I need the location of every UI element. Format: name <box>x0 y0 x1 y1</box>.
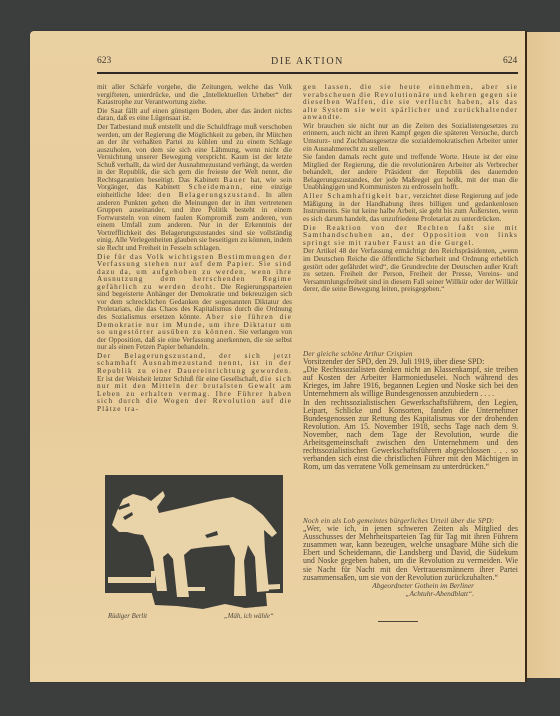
spaced-text-run: gen lassen, die sie heute einnehmen, abe… <box>303 83 518 121</box>
paragraph: Die für das Volk wichtigsten Bestimmunge… <box>97 254 292 352</box>
quote-paragraph: In den rechtssozialistischen Gewerkschaf… <box>303 399 518 472</box>
paragraph: mit aller Schärfe vorgehe, die Zeitungen… <box>97 84 292 107</box>
quote-paragraph: „Wer, wie ich, in jenen schweren Zeiten … <box>303 525 518 582</box>
paragraph: Die Reaktion von der Rechten faßt sie mi… <box>303 225 518 248</box>
right-column: gen lassen, die sie heute einnehmen, abe… <box>303 84 518 295</box>
gothein-quote-section: Noch ein als Lob gemeintes bürgerliches … <box>303 517 518 598</box>
page-number-right: 624 <box>503 56 517 66</box>
adjacent-page-edge <box>527 32 560 678</box>
text-run: . In allen anderen Punkten gehen die Mei… <box>97 191 292 252</box>
header-rule <box>97 72 518 74</box>
text-run: Der Tatbestand muß entstellt und die Sch… <box>97 123 292 184</box>
illustration-title: „Mäh, ich wähle“ <box>224 613 274 620</box>
text-run: Der Artikel 48 der Verfassung ermächtigt… <box>303 247 518 293</box>
spaced-text-run: Der Belagerungszustand, der sich jetzt s… <box>97 352 292 375</box>
paragraph: Der Artikel 48 der Verfassung ermächtigt… <box>303 248 518 293</box>
quote-paragraph: „Die Rechtssozialisten denken nicht an K… <box>303 366 518 398</box>
left-column: mit aller Schärfe vorgehe, die Zeitungen… <box>97 84 292 414</box>
text-run: Wir brauchen sie nicht nur an die Zeiten… <box>303 122 518 153</box>
paragraph: Der Tatbestand muß entstellt und die Sch… <box>97 124 292 252</box>
paragraph: Wir brauchen sie nicht nur an die Zeiten… <box>303 123 518 153</box>
woodcut-shadow <box>149 583 267 609</box>
illustration-artist: Rüdiger Berlit <box>108 613 147 620</box>
paragraph: Der Belagerungszustand, der sich jetzt s… <box>97 353 292 413</box>
signature-line: „Achtuhr-Abendblatt“. <box>303 590 518 598</box>
lamb-woodcut-illustration <box>105 475 283 610</box>
masthead-title: DIE AKTION <box>0 56 560 67</box>
text-run: Sie fanden damals recht gute und treffen… <box>303 153 518 191</box>
spaced-text-run: Die Reaktion von der Rechten faßt sie mi… <box>303 224 518 247</box>
paragraph: gen lassen, die sie heute einnehmen, abe… <box>303 84 518 122</box>
paragraph: Aller Schamhaftigkeit bar, verzichtet di… <box>303 193 518 223</box>
paragraph: Die Saat fällt auf einen günstigen Boden… <box>97 108 292 123</box>
paragraph: Sie fanden damals recht gute und treffen… <box>303 154 518 192</box>
end-of-article-rule <box>378 621 418 622</box>
text-run: Die Saat fällt auf einen günstigen Boden… <box>97 107 292 123</box>
crispien-quote-section: Der gleiche schöne Arthur Crispien Vorsi… <box>303 350 518 471</box>
text-run: mit aller Schärfe vorgehe, die Zeitungen… <box>97 83 292 106</box>
